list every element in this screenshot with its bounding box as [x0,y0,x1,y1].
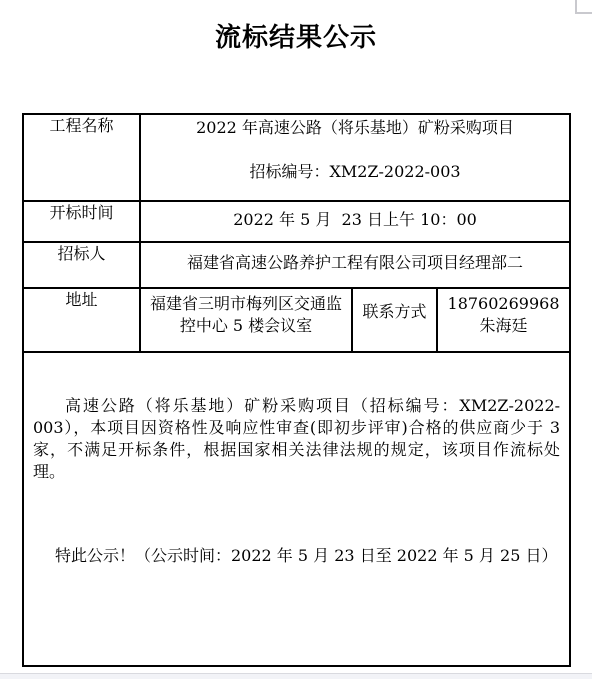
address-value: 福建省三明市梅列区交通监控中心 5 楼会议室 [140,288,352,352]
tenderer-label: 招标人 [23,242,140,288]
document-page: 流标结果公示 工程名称 2022 年高速公路（将乐基地）矿粉采购项目 招标编号：… [0,0,592,679]
scroll-corner [575,0,592,14]
table-row-project: 工程名称 2022 年高速公路（将乐基地）矿粉采购项目 招标编号：XM2Z-20… [23,114,570,201]
contact-name: 朱海廷 [438,315,569,337]
project-name-label: 工程名称 [23,114,140,201]
bid-number-value: 招标编号：XM2Z-2022-003 [141,161,569,183]
tenderer-value: 福建省高速公路养护工程有限公司项目经理部二 [140,242,570,288]
table-row-open-time: 开标时间 2022 年 5 月 23 日上午 10：00 [23,201,570,242]
table-row-address: 地址 福建省三明市梅列区交通监控中心 5 楼会议室 联系方式 187602699… [23,288,570,352]
contact-label: 联系方式 [352,288,437,352]
table-row-tenderer: 招标人 福建省高速公路养护工程有限公司项目经理部二 [23,242,570,288]
announcement-table: 工程名称 2022 年高速公路（将乐基地）矿粉采购项目 招标编号：XM2Z-20… [22,113,571,667]
notice-cell: 高速公路（将乐基地）矿粉采购项目（招标编号：XM2Z-2022-003），本项目… [23,352,570,666]
page-title: 流标结果公示 [0,0,592,55]
notice-footer-text: 特此公示！（公示时间：2022 年 5 月 23 日至 2022 年 5 月 2… [33,545,560,567]
open-time-label: 开标时间 [23,201,140,242]
open-time-value: 2022 年 5 月 23 日上午 10：00 [140,201,570,242]
viewport-bottom-strip [0,673,592,679]
project-name-value: 2022 年高速公路（将乐基地）矿粉采购项目 [141,117,569,139]
project-name-cell: 2022 年高速公路（将乐基地）矿粉采购项目 招标编号：XM2Z-2022-00… [140,114,570,201]
table-row-notice: 高速公路（将乐基地）矿粉采购项目（招标编号：XM2Z-2022-003），本项目… [23,352,570,666]
contact-phone: 18760269968 [438,293,569,315]
contact-cell: 18760269968 朱海廷 [437,288,570,352]
address-label: 地址 [23,288,140,352]
notice-body-text: 高速公路（将乐基地）矿粉采购项目（招标编号：XM2Z-2022-003），本项目… [33,395,560,483]
